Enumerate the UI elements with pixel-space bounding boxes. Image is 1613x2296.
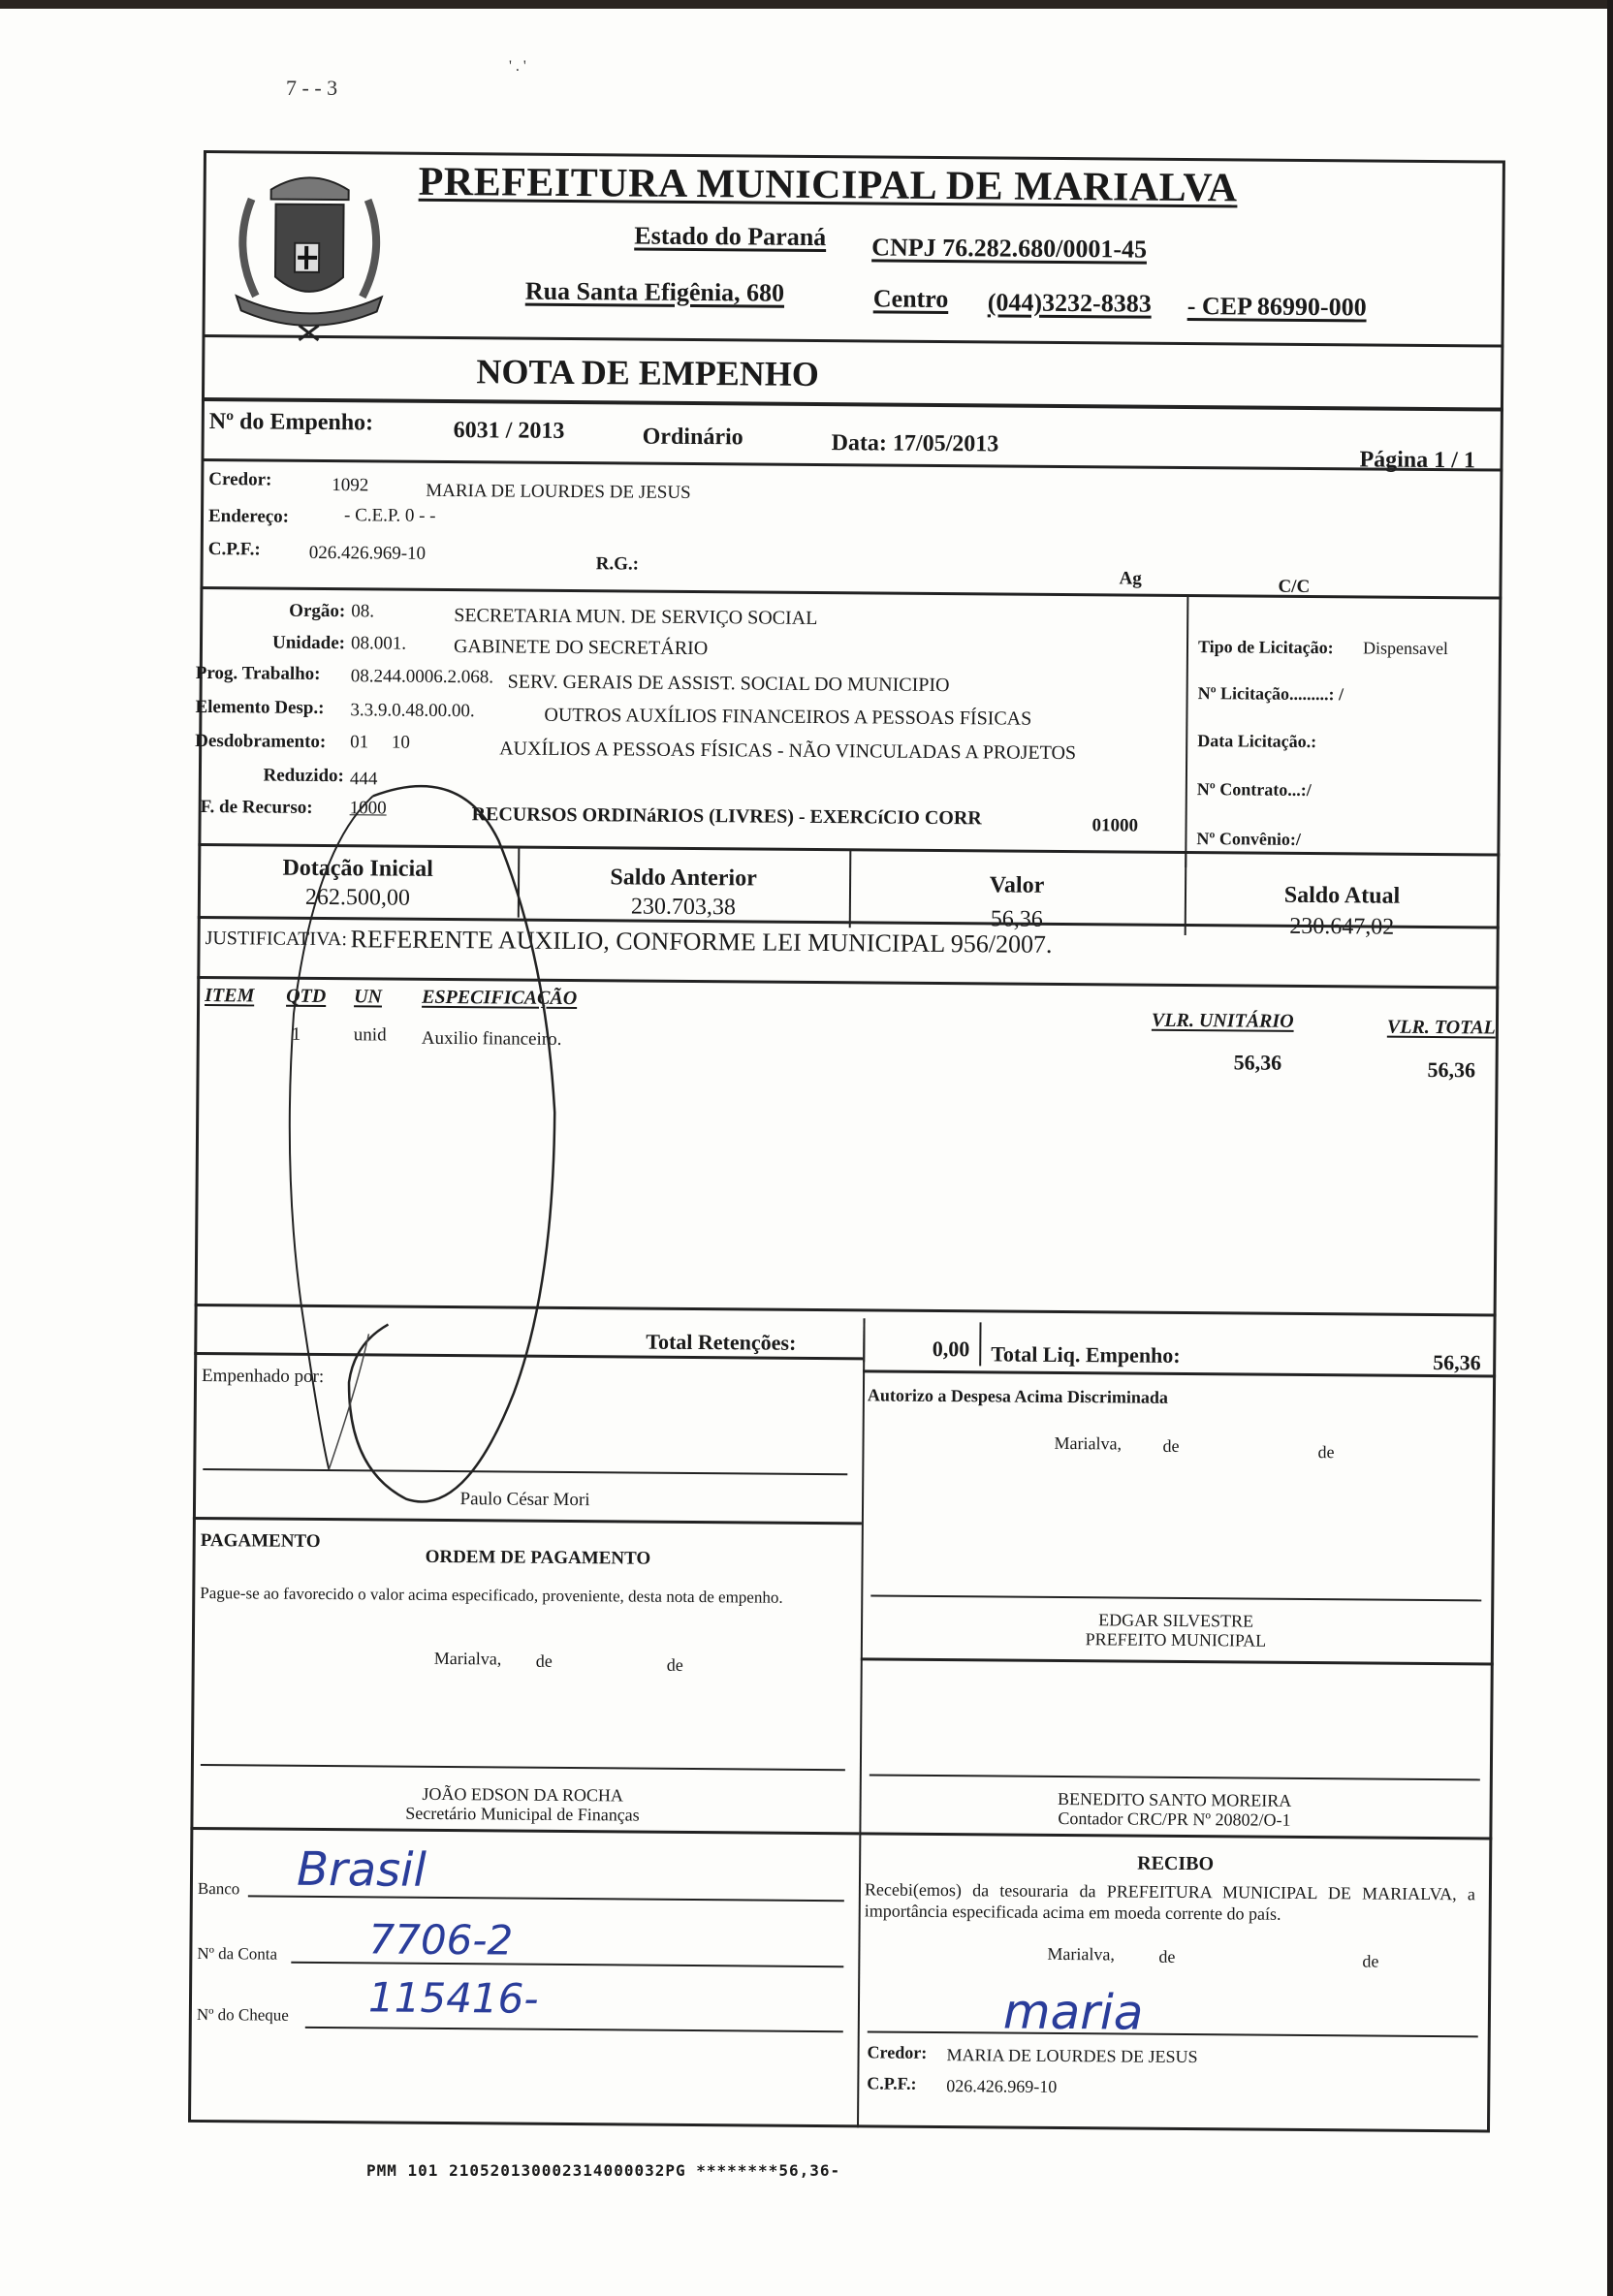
- desdobramento-desc: AUXÍLIOS A PESSOAS FÍSICAS - NÃO VINCULA…: [499, 739, 1076, 763]
- recibo-cpf: 026.426.969-10: [946, 2077, 1057, 2095]
- prog-trabalho-code: 08.244.0006.2.068.: [351, 667, 493, 686]
- recibo-de2: de: [1362, 1952, 1378, 1969]
- phone-label: (044)3232-8383: [988, 290, 1152, 316]
- banco-handwritten: Brasil: [297, 1842, 427, 1898]
- empenho-number: 6031 / 2013: [454, 419, 565, 443]
- column-header-unit-price: VLR. UNITÁRIO: [1152, 1011, 1294, 1031]
- credor-cpf: 026.426.969-10: [309, 544, 426, 563]
- recibo-de1: de: [1158, 1948, 1175, 1966]
- prog-trabalho-desc: SERV. GERAIS DE ASSIST. SOCIAL DO MUNICI…: [508, 672, 950, 695]
- licitacao-type-label: Tipo de Licitação:: [1198, 638, 1334, 656]
- nota-de-empenho-document: PREFEITURA MUNICIPAL DE MARIALVA Estado …: [188, 150, 1505, 2132]
- valor-label: Valor: [849, 872, 1185, 898]
- orgao-label: Orgão:: [200, 601, 345, 620]
- elemento-desp-label: Elemento Desp.:: [195, 698, 324, 717]
- autorizo-place: Marialva,: [1054, 1434, 1122, 1453]
- pagamento-de2: de: [667, 1656, 683, 1674]
- orgao-code: 08.: [351, 602, 374, 620]
- address-field-label: Endereço:: [208, 507, 289, 526]
- recibo-place: Marialva,: [1047, 1945, 1115, 1964]
- divider-vertical: [979, 1322, 981, 1366]
- footer-code: PMM 101 210520130002314000032PG ********…: [366, 2163, 840, 2179]
- agency-label: Ag: [1119, 569, 1141, 587]
- licitacao-date: Data Licitação.:: [1197, 732, 1316, 750]
- institution-title: PREFEITURA MUNICIPAL DE MARIALVA: [419, 162, 1238, 209]
- fonte-recurso-extra: 01000: [1091, 816, 1138, 834]
- credor-name: MARIA DE LOURDES DE JESUS: [426, 482, 691, 502]
- conta-label: Nº da Conta: [197, 1945, 277, 1963]
- credor-address: - C.E.P. 0 - -: [344, 506, 436, 525]
- scan-edge-right: [1607, 0, 1613, 2296]
- cpf-label: C.P.F.:: [208, 540, 261, 558]
- address-label: Rua Santa Efigênia, 680: [525, 279, 784, 306]
- column-header-total: VLR. TOTAL: [1387, 1018, 1496, 1038]
- recibo-text: Recebi(emos) da tesouraria da PREFEITURA…: [865, 1878, 1475, 1926]
- unidade-code: 08.001.: [351, 634, 406, 652]
- orgao-desc: SECRETARIA MUN. DE SERVIÇO SOCIAL: [454, 606, 817, 628]
- cnpj-label: CNPJ 76.282.680/0001-45: [871, 235, 1147, 262]
- elemento-desp-desc: OUTROS AUXÍLIOS FINANCEIROS A PESSOAS FÍ…: [544, 706, 1031, 729]
- cheque-label: Nº do Cheque: [197, 2006, 289, 2024]
- credor-code: 1092: [332, 476, 368, 494]
- retencoes-value: 0,00: [872, 1337, 969, 1360]
- banco-label: Banco: [198, 1880, 240, 1897]
- empenho-date: Data: 17/05/2013: [832, 431, 999, 456]
- row-total: 56,36: [1427, 1059, 1475, 1081]
- scan-edge-top: [0, 0, 1613, 9]
- cheque-handwritten: 115416-: [368, 1973, 539, 2022]
- autorizo-de1: de: [1162, 1437, 1179, 1455]
- autorizo-label: Autorizo a Despesa Acima Discriminada: [868, 1386, 1168, 1405]
- scan-mark: ' . ': [509, 58, 526, 76]
- licitacao-type-value: Dispensavel: [1363, 639, 1448, 657]
- recibo-credor-label: Credor:: [868, 2043, 928, 2060]
- row-unit-price: 56,36: [1234, 1052, 1282, 1073]
- saldo-atual-label: Saldo Atual: [1185, 883, 1500, 909]
- elemento-desp-code: 3.3.9.0.48.00.00.: [350, 701, 474, 720]
- desdobramento-label: Desdobramento:: [195, 732, 326, 751]
- recibo-cpf-label: C.P.F.:: [867, 2074, 916, 2092]
- cep-label: - CEP 86990-000: [1187, 294, 1367, 320]
- rg-label: R.G.:: [596, 554, 639, 573]
- scan-mark: 7 - - 3: [286, 76, 337, 101]
- coat-of-arms-icon: [211, 160, 406, 346]
- state-label: Estado do Paraná: [634, 223, 826, 250]
- credor-label: Credor:: [208, 470, 271, 489]
- unidade-label: Unidade:: [200, 633, 345, 652]
- unidade-desc: GABINETE DO SECRETÁRIO: [454, 637, 708, 658]
- conta-handwritten: 7706-2: [368, 1915, 513, 1964]
- district-label: Centro: [873, 286, 949, 312]
- document-title: NOTA DE EMPENHO: [425, 354, 870, 393]
- licitacao-number: Nº Licitação.........: /: [1198, 684, 1344, 703]
- empenho-type: Ordinário: [643, 425, 743, 450]
- recibo-credor-name: MARIA DE LOURDES DE JESUS: [947, 2046, 1198, 2065]
- account-label: C/C: [1278, 578, 1310, 596]
- total-liquido-label: Total Liq. Empenho:: [991, 1343, 1181, 1367]
- empenho-number-label: Nº do Empenho:: [209, 410, 373, 434]
- desdobramento-code: 01 10: [350, 733, 410, 751]
- autorizo-de2: de: [1317, 1443, 1334, 1461]
- prog-trabalho-label: Prog. Trabalho:: [196, 664, 321, 683]
- total-liquido-value: 56,36: [1433, 1352, 1481, 1373]
- contrato-number: Nº Contrato...:/: [1197, 780, 1312, 799]
- pen-stroke-annotation: [221, 761, 732, 1656]
- convenio-number: Nº Convênio:/: [1196, 830, 1301, 848]
